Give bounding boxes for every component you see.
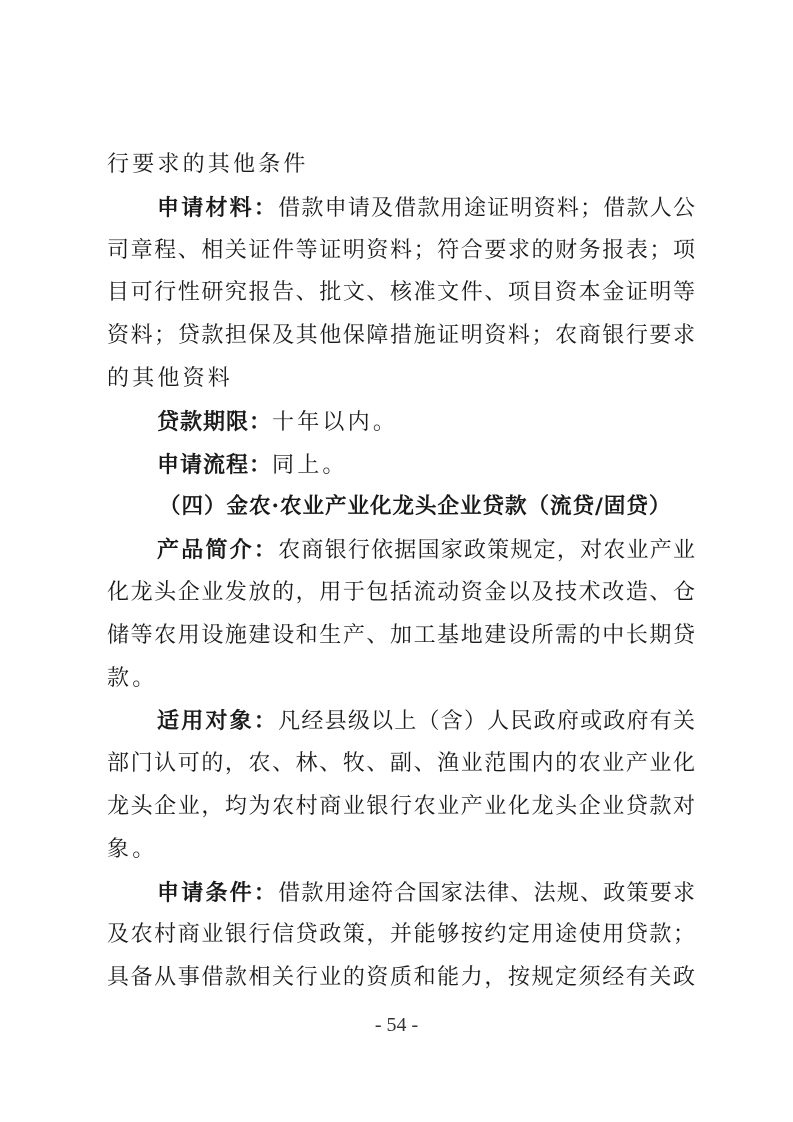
paragraph-product-intro: 产品简介：农商银行依据国家政策规定，对农业产业 bbox=[107, 535, 695, 578]
text-line: 农商银行依据国家政策规定，对农业产业 bbox=[278, 538, 695, 563]
label-product-intro: 产品简介： bbox=[157, 537, 278, 563]
document-body: 行要求的其他条件 申请材料：借款申请及借款用途证明资料；借款人公 司章程、相关证… bbox=[107, 150, 695, 1006]
paragraph-application-process: 申请流程：同上。 bbox=[107, 450, 695, 493]
text-line: 司章程、相关证件等证明资料；符合要求的财务报表；项 bbox=[107, 236, 695, 279]
section-heading: （四）金农·农业产业化龙头企业贷款（流贷/固贷） bbox=[107, 492, 695, 535]
text-line: 十年以内。 bbox=[272, 410, 398, 435]
paragraph-applicable-objects: 适用对象：凡经县级以上（含）人民政府或政府有关 bbox=[107, 706, 695, 749]
label-application-conditions: 申请条件： bbox=[157, 880, 278, 906]
label-applicable-objects: 适用对象： bbox=[157, 708, 278, 734]
text-line: 部门认可的，农、林、牧、副、渔业范围内的农业产业化 bbox=[107, 749, 695, 792]
label-application-materials: 申请材料： bbox=[157, 195, 278, 221]
paragraph-application-conditions: 申请条件：借款用途符合国家法律、法规、政策要求 bbox=[107, 878, 695, 921]
text-line: 资料；贷款担保及其他保障措施证明资料；农商银行要求 bbox=[107, 321, 695, 364]
label-application-process: 申请流程： bbox=[157, 452, 272, 478]
text-line: 目可行性研究报告、批文、核准文件、项目资本金证明等 bbox=[107, 278, 695, 321]
text-line: 同上。 bbox=[272, 453, 348, 478]
text-line: 储等农用设施建设和生产、加工基地建设所需的中长期贷 bbox=[107, 621, 695, 664]
page-number: - 54 - bbox=[0, 1014, 793, 1037]
text-line: 龙头企业，均为农村商业银行农业产业化龙头企业贷款对 bbox=[107, 792, 695, 835]
text-line: 象。 bbox=[107, 835, 695, 878]
text-line: 款。 bbox=[107, 664, 695, 707]
text-line: 借款申请及借款用途证明资料；借款人公 bbox=[278, 196, 695, 221]
text-line: 具备从事借款相关行业的资质和能力，按规定须经有关政 bbox=[107, 963, 695, 1006]
text-line: 凡经县级以上（含）人民政府或政府有关 bbox=[278, 709, 695, 734]
text-line: 借款用途符合国家法律、法规、政策要求 bbox=[278, 881, 695, 906]
text-line: 化龙头企业发放的，用于包括流动资金以及技术改造、仓 bbox=[107, 578, 695, 621]
label-loan-term: 贷款期限： bbox=[157, 409, 272, 435]
paragraph-application-materials: 申请材料：借款申请及借款用途证明资料；借款人公 bbox=[107, 193, 695, 236]
text-line: 行要求的其他条件 bbox=[107, 150, 695, 193]
paragraph-loan-term: 贷款期限：十年以内。 bbox=[107, 407, 695, 450]
text-line: 及农村商业银行信贷政策，并能够按约定用途使用贷款； bbox=[107, 920, 695, 963]
text-line: 的其他资料 bbox=[107, 364, 695, 407]
